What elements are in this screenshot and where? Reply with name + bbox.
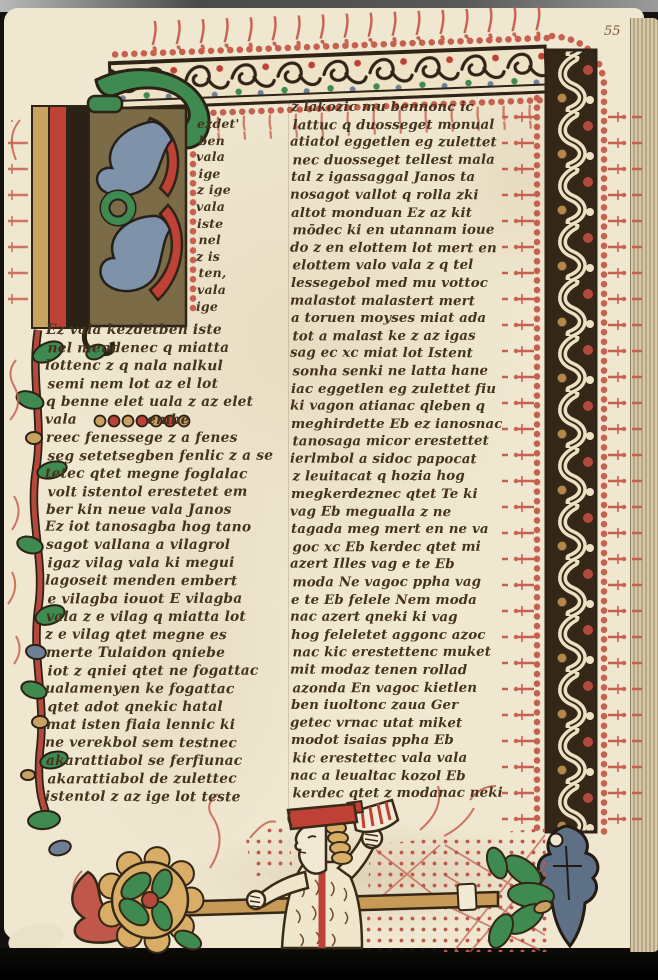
text-line: z leuitacat q hozia hog bbox=[292, 468, 534, 486]
text-line: getec vrnac utat miket bbox=[290, 714, 532, 732]
text-line: ierlmbol a sidoc papocat bbox=[290, 450, 532, 468]
text-line: merte Tulaidon qniebe bbox=[46, 645, 296, 663]
text-line: meghirdette Eb ez ianosnac bbox=[291, 416, 533, 434]
text-line: sagot vallana a vilagrol bbox=[46, 537, 296, 555]
text-line: vag Eb megualla z ne bbox=[290, 503, 532, 521]
text-line: moda Ne vagoc ppha vag bbox=[292, 574, 534, 592]
text-line: nel bbox=[198, 232, 290, 249]
text-line: z e vilag qtet megne es bbox=[45, 627, 295, 646]
text-line: lattuc q duosseget monual bbox=[292, 116, 534, 134]
text-line: altot monduan Ez az kit bbox=[291, 205, 533, 223]
text-line: kic erestettec vala vala bbox=[292, 750, 534, 768]
text-line: tagada meg mert en ne va bbox=[291, 521, 533, 539]
text-line: lagoseit menden embert bbox=[45, 573, 295, 592]
text-line: megkerdeznec qtet Te ki bbox=[291, 486, 533, 504]
text-line: reec fenessege z a fenes bbox=[46, 430, 296, 448]
text-line: malastot malastert mert bbox=[290, 292, 532, 310]
text-line: azert Illes vag e te Eb bbox=[290, 556, 532, 574]
book-page-edges bbox=[630, 18, 658, 952]
text-line: elottem valo vala z q tel bbox=[292, 257, 534, 275]
text-line: q benne elet uala z az elet bbox=[46, 394, 296, 412]
text-line: nec duosseget tellest mala bbox=[292, 151, 534, 169]
text-line: tot a malast ke z az igas bbox=[292, 327, 534, 345]
text-line: mat isten fiaia lennic ki bbox=[46, 717, 296, 735]
text-line: seg setetsegben fenlic z a se bbox=[47, 447, 297, 466]
text-line: ezdet' bbox=[197, 116, 289, 133]
text-line: istentol z az ige lot teste bbox=[45, 788, 295, 807]
text-line: igaz vilag vala ki megui bbox=[47, 555, 297, 574]
manuscript-scan: 55 ezdet'benvalaigez igevalaistenelz ist… bbox=[0, 0, 658, 980]
text-line: iste bbox=[197, 216, 289, 233]
text-line: tetec qtet megne foglalac bbox=[45, 465, 295, 484]
text-line: ki vagon atianac qleben q bbox=[290, 398, 532, 416]
text-line: vala bbox=[196, 199, 288, 216]
text-line: Ez vala kezdetben iste bbox=[46, 322, 296, 340]
text-line: lessegebol med mu vottoc bbox=[291, 275, 533, 293]
folio-number: 55 bbox=[604, 24, 621, 39]
text-line: ber kin neue vala Janos bbox=[46, 502, 296, 520]
text-line: tanosaga micor erestettet bbox=[292, 433, 534, 451]
text-line: nac kic erestettenc muket bbox=[292, 644, 534, 662]
text-line: tal z igassaggal Janos ta bbox=[291, 169, 533, 187]
text-line: iac eggetlen eg zulettet fiu bbox=[291, 381, 533, 399]
text-line: nac azert qneki ki vag bbox=[290, 609, 532, 627]
text-line: akarattiabol de zulettec bbox=[47, 770, 297, 789]
text-line: ben bbox=[198, 132, 290, 149]
text-line: azonda En vagoc kietlen bbox=[292, 679, 534, 697]
text-line: z is bbox=[196, 249, 288, 266]
text-line: sag ec xc miat lot Istent bbox=[290, 345, 532, 363]
text-line: mit modaz tenen rollad bbox=[290, 662, 532, 680]
text-line: semi nem lot az el lot bbox=[47, 375, 297, 394]
text-line: akarattiabol se ferfiunac bbox=[46, 753, 296, 771]
text-line: vala embe bbox=[45, 411, 295, 430]
initial-gutter-column: ezdet'benvalaigez igevalaistenelz isten,… bbox=[197, 116, 289, 315]
text-line: modot isaias ppha Eb bbox=[291, 732, 533, 750]
text-line: atiatol eggetlen eg zulettet bbox=[290, 134, 532, 152]
text-line: e te Eb felele Nem moda bbox=[291, 592, 533, 610]
text-line: z lakozic mu bennonc ic bbox=[291, 99, 533, 117]
text-line: nac a leualtac kozol Eb bbox=[290, 767, 532, 785]
text-line: ten, bbox=[198, 265, 290, 282]
text-line: mōdec ki en utannam ioue bbox=[292, 222, 534, 240]
scan-background-bottom bbox=[0, 948, 658, 980]
text-line: e vilagba iouot E vilagba bbox=[47, 591, 297, 610]
text-line: kerdec qtet z modanac neki bbox=[292, 785, 534, 803]
text-line: z ige bbox=[197, 182, 289, 199]
text-line: lottenc z q nala nalkul bbox=[45, 357, 295, 376]
text-line: vala bbox=[197, 282, 289, 299]
text-line: vala z e vilag q miatta lot bbox=[46, 609, 296, 627]
text-line: qtet adot qnekic hatal bbox=[47, 699, 297, 718]
text-line: ige bbox=[196, 298, 288, 315]
left-text-column: Ez vala kezdetben istenel mendenec q mia… bbox=[46, 322, 296, 807]
text-line: sonha senki ne latta hane bbox=[292, 362, 534, 380]
text-line: hog feleletet aggonc azoc bbox=[291, 627, 533, 645]
text-line: goc xc Eb kerdec qtet mi bbox=[292, 538, 534, 556]
text-line: a toruen moyses miat ada bbox=[291, 310, 533, 328]
text-line: nel mendenec q miatta bbox=[47, 340, 297, 359]
text-line: ne verekbol sem testnec bbox=[45, 734, 295, 753]
right-text-column: z lakozic mu bennonc iclattuc q duossege… bbox=[291, 99, 533, 803]
text-line: volt istentol erestetet em bbox=[47, 483, 297, 502]
text-line: ige bbox=[198, 166, 290, 183]
text-line: Ez iot tanosagba hog tano bbox=[45, 519, 295, 538]
text-line: vala bbox=[196, 149, 288, 166]
text-line: iot z qniei qtet ne fogattac bbox=[47, 663, 297, 682]
text-line: ben iuoltonc zaua Ger bbox=[291, 697, 533, 715]
text-line: ualamenyen ke fogattac bbox=[45, 681, 295, 700]
text-line: nosagot vallot q rolla zki bbox=[290, 187, 532, 205]
text-line: do z en elottem lot mert en bbox=[290, 239, 532, 257]
